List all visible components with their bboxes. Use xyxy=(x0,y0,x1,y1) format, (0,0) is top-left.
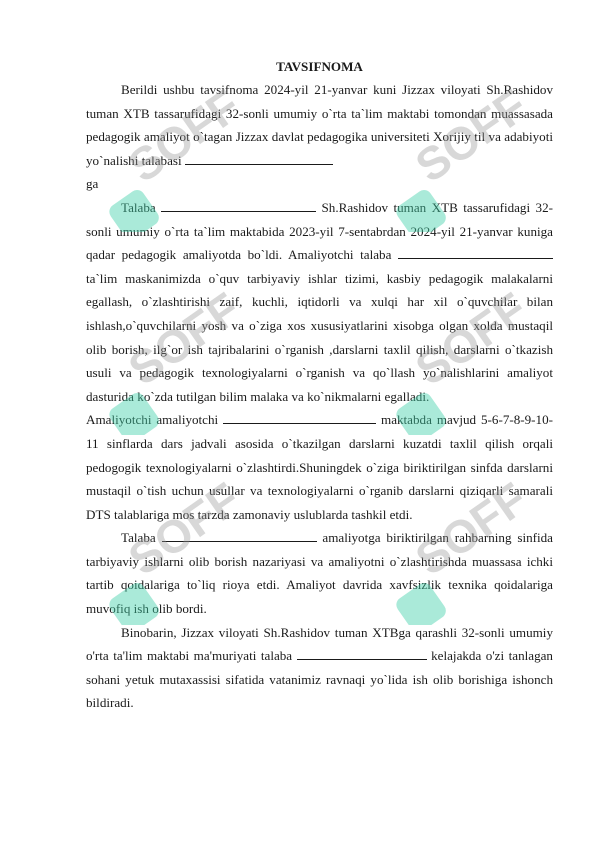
paragraph-text: Talaba xyxy=(121,530,162,545)
paragraph-text: maktabda mavjud 5-6-7-8-9-10-11 sinflard… xyxy=(86,412,553,521)
student-name-blank[interactable] xyxy=(162,529,317,542)
paragraph-text: Talaba xyxy=(121,200,161,215)
document-title: TAVSIFNOMA xyxy=(86,56,553,78)
paragraph-practice: Talaba Sh.Rashidov tuman XTB tassarufida… xyxy=(86,196,553,408)
paragraph-observation: Amaliyotchi amaliyotchi maktabda mavjud … xyxy=(86,408,553,526)
student-name-blank[interactable] xyxy=(185,152,333,165)
paragraph-text: ga xyxy=(86,176,98,191)
paragraph-intro: Berildi ushbu tavsifnoma 2024-yil 21-yan… xyxy=(86,78,553,196)
paragraph-conclusion: Binobarin, Jizzax viloyati Sh.Rashidov t… xyxy=(86,621,553,715)
paragraph-text: ta`lim maskanimizda o`quv tarbiyaviy ish… xyxy=(86,271,553,404)
student-name-blank[interactable] xyxy=(161,199,316,212)
document-page: TAVSIFNOMA Berildi ushbu tavsifnoma 2024… xyxy=(86,56,553,715)
paragraph-text: Amaliyotchi amaliyotchi xyxy=(86,412,223,427)
student-name-blank[interactable] xyxy=(398,246,553,259)
student-name-blank[interactable] xyxy=(223,411,376,424)
student-name-blank[interactable] xyxy=(297,647,427,660)
paragraph-conduct: Talaba amaliyotga biriktirilgan rahbarni… xyxy=(86,526,553,620)
